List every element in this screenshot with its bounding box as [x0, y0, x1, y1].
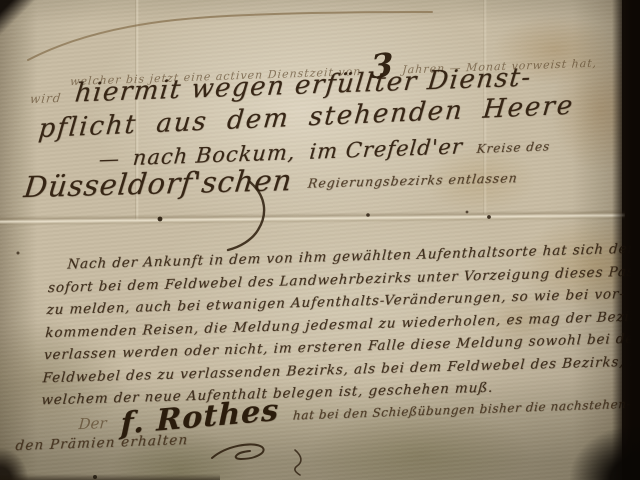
ink-blot-on-fold [466, 211, 469, 214]
premiums-received-line: den Prämien erhalten [15, 432, 189, 454]
district-label: Regierungsbezirks entlassen [307, 170, 518, 191]
document-photograph: welcher bis jetzt eine activen Dienstzei… [0, 0, 640, 480]
ink-blot-on-fold [487, 215, 491, 219]
horizontal-fold-crease [0, 210, 625, 227]
ink-blot-on-fold [366, 213, 370, 217]
district-name: Düsseldorf'schen [22, 163, 294, 204]
line-government-district: Düsseldorf'schen Regierungsbezirks entla… [22, 157, 520, 204]
photo-corner-top-left [0, 0, 42, 36]
end-of-text-flourish [212, 444, 264, 459]
ink-blot-on-fold [158, 217, 163, 222]
photo-corner-bottom-right [570, 425, 640, 480]
photo-edge-bottom [0, 474, 220, 480]
shooting-practice-note: hat bei den Schießübungen bisher die nac… [292, 397, 631, 423]
discharge-word-wird: wird [29, 91, 62, 106]
reporting-instructions-paragraph: Nach der Ankunft in dem von ihm gewählte… [41, 238, 606, 411]
destination-kreis-label: Kreise des [476, 139, 551, 156]
signature-article: Der [78, 414, 107, 433]
document-paper: welcher bis jetzt eine activen Dienstzei… [0, 0, 622, 480]
photo-edge-right [612, 0, 640, 480]
brace-mark [295, 450, 301, 475]
ink-speck [17, 252, 20, 255]
